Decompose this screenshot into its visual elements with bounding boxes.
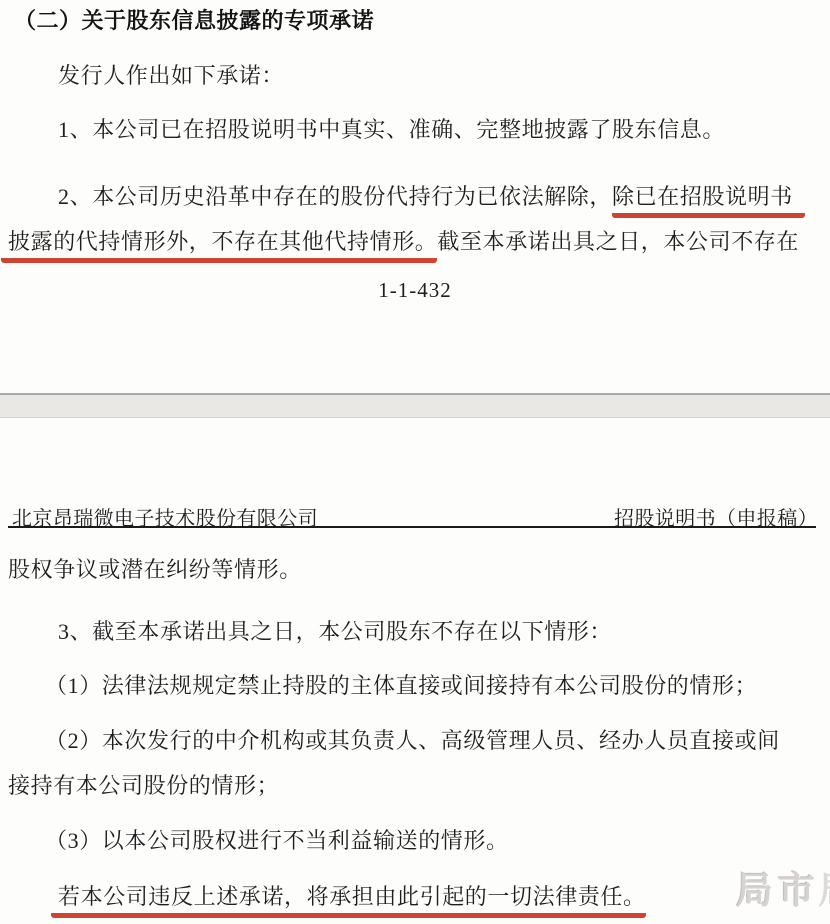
commitment-item-1: 1、本公司已在招股说明书中真实、准确、完整地披露了股东信息。 (58, 117, 725, 143)
item-2-line-1-text: 2、本公司历史沿革中存在的股份代持行为已依法解除， (58, 184, 612, 209)
page-number: 1-1-432 (0, 278, 830, 303)
watermark-clipped-glyph: 局 (818, 860, 830, 914)
commitment-item-3: 3、截至本承诺出具之日，本公司股东不存在以下情形： (58, 619, 612, 645)
closing-sentence: 若本公司违反上述承诺，将承担由此引起的一切法律责任。 (58, 884, 646, 918)
commitment-item-2-line-1: 2、本公司历史沿革中存在的股份代持行为已依法解除，除已在招股说明书 (58, 184, 793, 218)
continuation-paragraph: 股权争议或潜在纠纷等情形。 (8, 557, 302, 583)
sub-item-2-line-2: 接持有本公司股份的情形； (8, 773, 279, 799)
sub-item-3: （3）以本公司股权进行不当利益输送的情形。 (45, 828, 509, 854)
red-underline-annotation: 若本公司违反上述承诺，将承担由此引起的一切法律责任。 (51, 884, 646, 918)
commitment-item-2-line-2: 披露的代持情形外，不存在其他代持情形。截至本承诺出具之日，本公司不存在 (8, 229, 799, 263)
intro-paragraph: 发行人作出如下承诺： (58, 63, 284, 89)
red-underline-annotation: 披露的代持情形外，不存在其他代持情形。 (1, 229, 437, 263)
sub-item-2-line-1: （2）本次发行的中介机构或其负责人、高级管理人员、经办人员直接或间 (45, 728, 780, 754)
watermark-text: 局市 (736, 860, 820, 914)
section-heading: （二）关于股东信息披露的专项承诺 (14, 9, 374, 35)
item-2-line-2-text: 截至本承诺出具之日，本公司不存在 (437, 229, 799, 254)
sub-item-1: （1）法律法规规定禁止持股的主体直接或间接持有本公司股份的情形； (45, 673, 757, 699)
page-break-divider (0, 393, 830, 418)
red-underline-annotation: 除已在招股说明书 (612, 184, 805, 218)
header-rule (8, 526, 816, 528)
document-scan: （二）关于股东信息披露的专项承诺 发行人作出如下承诺： 1、本公司已在招股说明书… (0, 0, 830, 924)
